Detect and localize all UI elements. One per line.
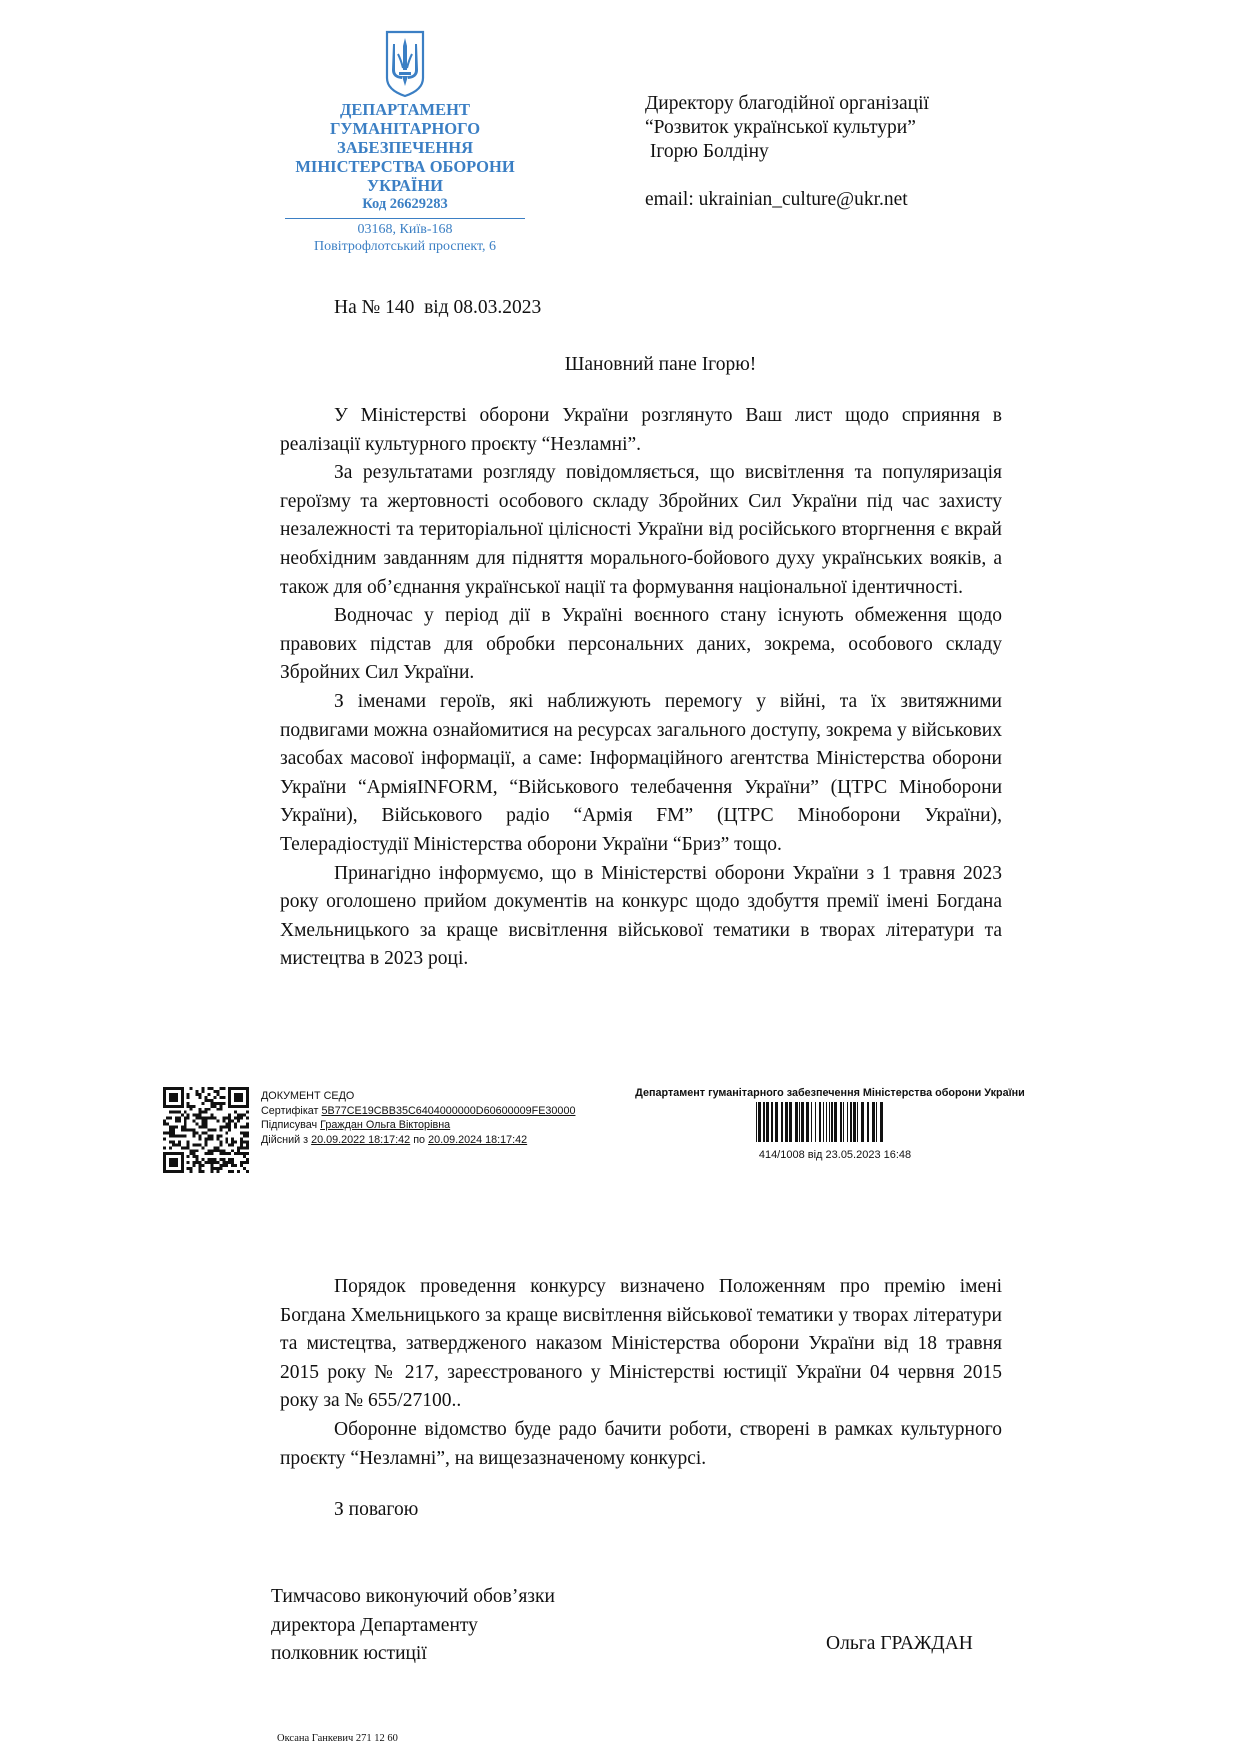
letterhead: ДЕПАРТАМЕНТ ГУМАНІТАРНОГО ЗАБЕЗПЕЧЕННЯ М… bbox=[280, 30, 530, 255]
signer-position-line2: директора Департаменту bbox=[271, 1612, 555, 1641]
letter-body-part1: У Міністерстві оборони України розглянут… bbox=[280, 402, 1002, 974]
closing-salutation: З повагою bbox=[334, 1499, 418, 1521]
letter-body-part2: Порядок проведення конкурсу визначено По… bbox=[280, 1273, 1002, 1473]
greeting-text: Шановний пане Ігорю! bbox=[565, 354, 757, 375]
edms-title: ДОКУМЕНТ СЕДО bbox=[261, 1089, 575, 1104]
body-paragraph: Принагідно інформуємо, що в Міністерстві… bbox=[280, 860, 1002, 974]
body-paragraph: За результатами розгляду повідомляється,… bbox=[280, 459, 1002, 602]
validity-line: Дійсний з 20.09.2022 18:17:42 по 20.09.2… bbox=[261, 1133, 575, 1148]
letterhead-line: ЗАБЕЗПЕЧЕННЯ bbox=[280, 138, 530, 157]
reference-number: На № 140 від 08.03.2023 bbox=[334, 297, 541, 319]
addressee-email[interactable]: email: ukrainian_culture@ukr.net bbox=[645, 188, 929, 212]
signer-position: Тимчасово виконуючий обов’язки директора… bbox=[271, 1583, 555, 1669]
addressee-title: Директору благодійної організації bbox=[645, 92, 929, 116]
barcode-icon bbox=[756, 1102, 886, 1142]
letterhead-line: ГУМАНІТАРНОГО bbox=[280, 119, 530, 138]
body-paragraph: Порядок проведення конкурсу визначено По… bbox=[280, 1273, 1002, 1416]
letterhead-address-line2: Повітрофлотський проспект, 6 bbox=[280, 238, 530, 255]
edms-signature-info: ДОКУМЕНТ СЕДО Сертифікат 5B77CE19CBB35C6… bbox=[261, 1089, 575, 1147]
tryzub-coat-of-arms-icon bbox=[385, 30, 425, 98]
registration-department: Департамент гуманітарного забезпечення М… bbox=[620, 1087, 1040, 1099]
letterhead-divider bbox=[285, 218, 525, 219]
letterhead-line: МІНІСТЕРСТВА ОБОРОНИ bbox=[280, 157, 530, 176]
certificate-line: Сертифікат 5B77CE19CBB35C6404000000D6060… bbox=[261, 1104, 575, 1119]
body-paragraph: Водночас у період дії в Україні воєнного… bbox=[280, 602, 1002, 688]
signer-value: Граждан Ольга Вікторівна bbox=[320, 1119, 450, 1131]
greeting: Шановний пане Ігорю! bbox=[0, 354, 1241, 376]
body-paragraph: Оборонне відомство буде радо бачити робо… bbox=[280, 1416, 1002, 1473]
signer-line: Підписувач Граждан Ольга Вікторівна bbox=[261, 1118, 575, 1133]
body-paragraph: З іменами героїв, які наближують перемог… bbox=[280, 688, 1002, 860]
letterhead-line: ДЕПАРТАМЕНТ bbox=[280, 100, 530, 119]
addressee-block: Директору благодійної організації “Розви… bbox=[645, 92, 929, 212]
addressee-organization: “Розвиток української культури” bbox=[645, 116, 929, 140]
addressee-name: Ігорю Болдіну bbox=[645, 140, 929, 164]
executor-contact: Оксана Ганкевич 271 12 60 bbox=[277, 1733, 398, 1744]
valid-to: 20.09.2024 18:17:42 bbox=[428, 1134, 527, 1146]
signer-name: Ольга ГРАЖДАН bbox=[826, 1633, 973, 1655]
registration-number: 414/1008 від 23.05.2023 16:48 bbox=[620, 1149, 1050, 1161]
letterhead-address-line1: 03168, Київ-168 bbox=[280, 221, 530, 238]
qr-code-icon bbox=[163, 1087, 249, 1173]
letterhead-code: Код 26629283 bbox=[280, 195, 530, 214]
valid-from: 20.09.2022 18:17:42 bbox=[311, 1134, 410, 1146]
signer-position-line3: полковник юстиції bbox=[271, 1640, 555, 1669]
certificate-value: 5B77CE19CBB35C6404000000D60600009FE30000 bbox=[322, 1105, 576, 1117]
signer-position-line1: Тимчасово виконуючий обов’язки bbox=[271, 1583, 555, 1612]
letterhead-line: УКРАЇНИ bbox=[280, 176, 530, 195]
body-paragraph: У Міністерстві оборони України розглянут… bbox=[280, 402, 1002, 459]
